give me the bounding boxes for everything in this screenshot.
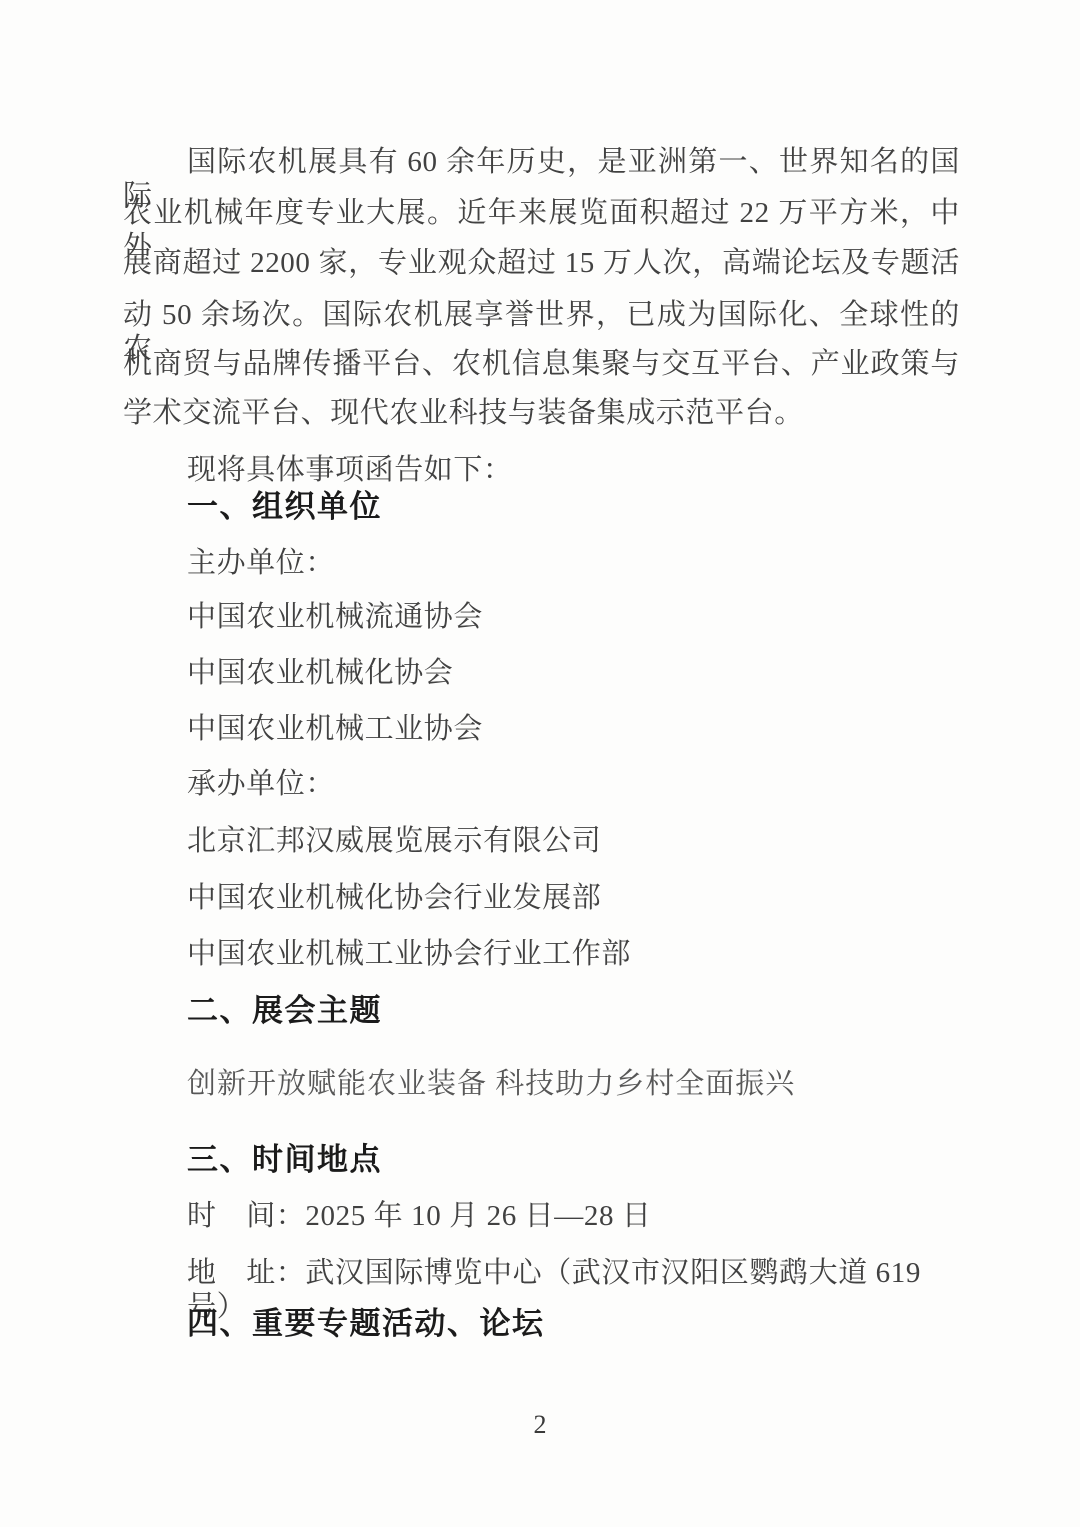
- organizer-label: 主办单位：: [123, 546, 960, 580]
- undertaker-item-3: 中国农业机械工业协会行业工作部: [123, 937, 960, 971]
- organizer-item-2: 中国农业机械化协会: [123, 656, 960, 690]
- organizer-item-3: 中国农业机械工业协会: [123, 712, 960, 746]
- undertaker-label: 承办单位：: [123, 767, 960, 801]
- intro-paragraph-line-5: 机商贸与品牌传播平台、农机信息集聚与交互平台、产业政策与: [123, 347, 960, 381]
- time-line: 时 间：2025 年 10 月 26 日—28 日: [123, 1199, 960, 1233]
- section-2-heading: 二、展会主题: [123, 993, 960, 1029]
- intro-paragraph-line-6: 学术交流平台、现代农业科技与装备集成示范平台。: [123, 396, 960, 430]
- undertaker-item-2: 中国农业机械化协会行业发展部: [123, 881, 960, 915]
- lead-in-line: 现将具体事项函告如下：: [123, 453, 960, 487]
- page-number: 2: [0, 1410, 1080, 1440]
- undertaker-item-1: 北京汇邦汉威展览展示有限公司: [123, 824, 960, 858]
- document-page: 国际农机展具有 60 余年历史，是亚洲第一、世界知名的国际 农业机械年度专业大展…: [0, 0, 1080, 1527]
- section-1-heading: 一、组织单位: [123, 489, 960, 525]
- section-4-heading: 四、重要专题活动、论坛: [123, 1306, 960, 1342]
- section-3-heading: 三、时间地点: [123, 1142, 960, 1178]
- exhibition-theme: 创新开放赋能农业装备 科技助力乡村全面振兴: [123, 1067, 960, 1101]
- intro-paragraph-line-3: 展商超过 2200 家，专业观众超过 15 万人次，高端论坛及专题活: [123, 246, 960, 280]
- organizer-item-1: 中国农业机械流通协会: [123, 600, 960, 634]
